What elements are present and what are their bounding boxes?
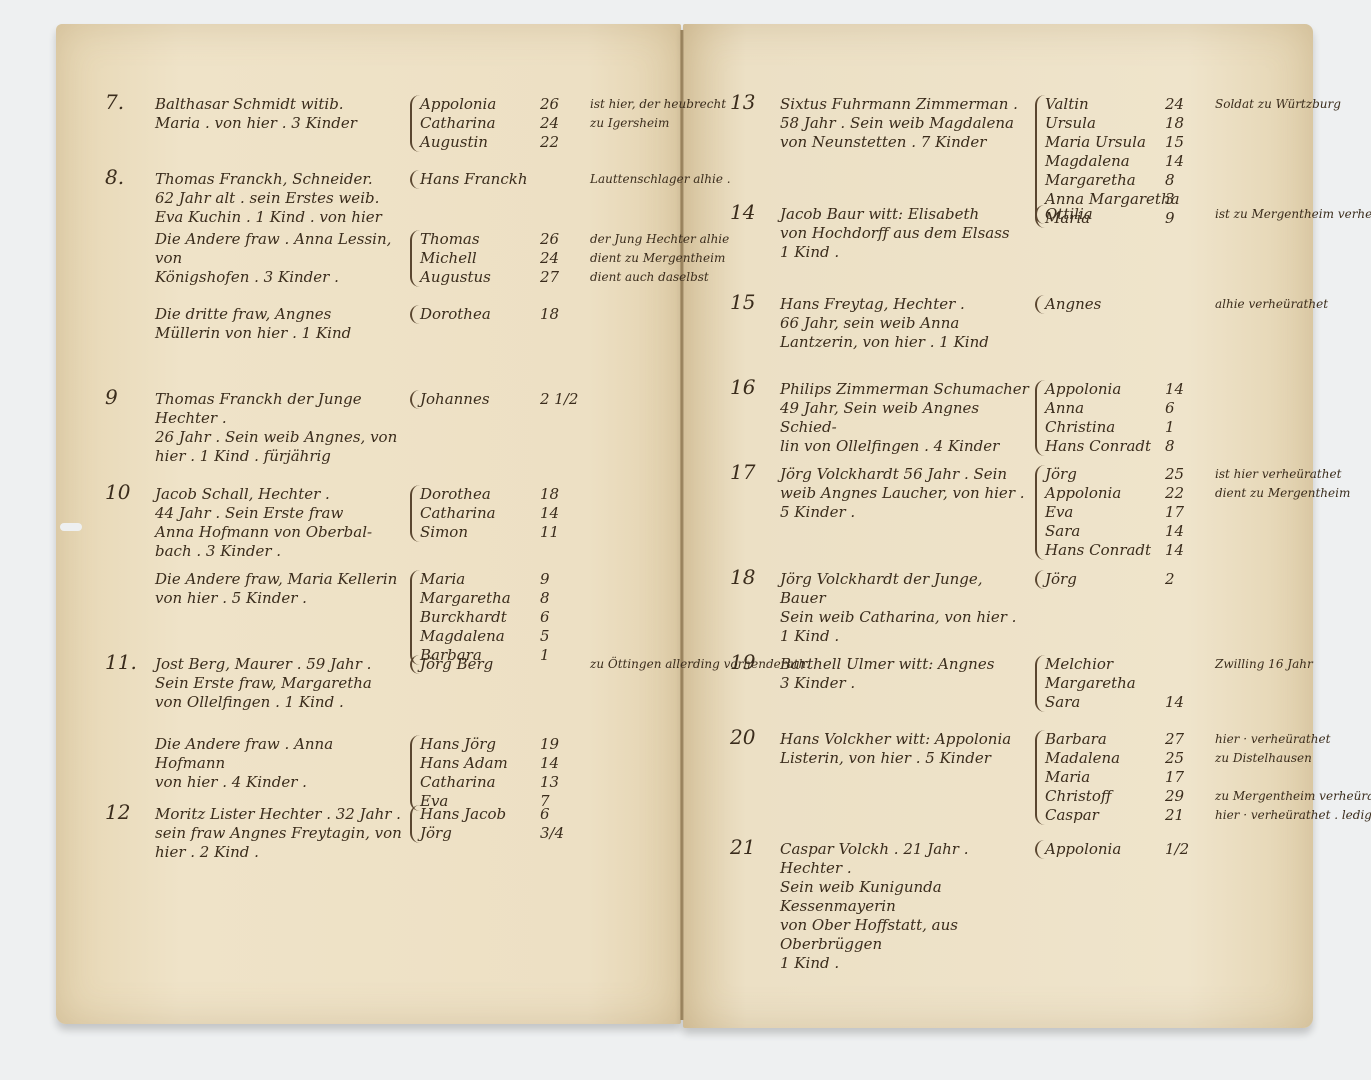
- entry-number: 17: [730, 463, 755, 482]
- children-list: Appolonia1/2: [1035, 840, 1215, 859]
- child-row: Thomas26der Jung Hechter alhie: [420, 230, 729, 249]
- child-name: Catharina: [420, 504, 530, 523]
- child-name: Hans Jörg: [420, 735, 530, 754]
- child-row: Maria Ursula15: [1045, 133, 1341, 152]
- children-list: Appolonia14Anna6Christina1Hans Conradt8: [1035, 380, 1215, 456]
- child-row: MelchiorZwilling 16 Jahr: [1045, 655, 1313, 674]
- child-age: 8: [1165, 171, 1205, 190]
- household-description: Hans Volckher witt: Appolonia Listerin, …: [780, 730, 1030, 768]
- child-note: zu Mergentheim verheürathet: [1215, 787, 1371, 806]
- child-row: Jörg25ist hier verheürathet: [1045, 465, 1350, 484]
- child-row: Hans Conradt14: [1045, 541, 1350, 560]
- child-age: 25: [1165, 749, 1205, 768]
- child-note: dient auch daselbst: [590, 268, 709, 287]
- entry-number: 12: [105, 803, 130, 822]
- child-age: 24: [1165, 95, 1205, 114]
- child-name: Eva: [1045, 503, 1155, 522]
- household-description: Moritz Lister Hechter . 32 Jahr . sein f…: [155, 805, 405, 862]
- children-list: Hans Jörg19Hans Adam14Catharina13Eva7: [410, 735, 590, 811]
- household-description: Die Andere fraw . Anna Lessin, von König…: [155, 230, 405, 287]
- child-name: Michell: [420, 249, 530, 268]
- child-row: Appolonia22dient zu Mergentheim: [1045, 484, 1350, 503]
- page-tear-notch: [60, 523, 82, 531]
- child-age: 24: [540, 249, 580, 268]
- child-name: Jörg: [1045, 570, 1155, 589]
- child-row: Augustus27dient auch daselbst: [420, 268, 729, 287]
- child-name: Jörg: [420, 824, 530, 843]
- entry-number: 7.: [105, 93, 124, 112]
- child-name: Margaretha: [1045, 674, 1155, 693]
- household-description: Thomas Franckh, Schneider. 62 Jahr alt .…: [155, 170, 405, 227]
- child-age: 26: [540, 230, 580, 249]
- child-note: hier · verheürathet: [1215, 730, 1330, 749]
- child-age: 19: [540, 735, 580, 754]
- child-note: alhie verheürathet: [1215, 295, 1328, 314]
- child-row: Jörg3/4: [420, 824, 590, 843]
- entry-number: 11.: [105, 653, 137, 672]
- child-row: Christoff29zu Mergentheim verheürathet: [1045, 787, 1371, 806]
- child-name: Thomas: [420, 230, 530, 249]
- children-list: Hans Jacob6Jörg3/4: [410, 805, 590, 843]
- child-age: 1/2: [1165, 840, 1205, 859]
- children-list: Hans FranckhLauttenschlager alhie .: [410, 170, 731, 189]
- children-list: Maria9Margaretha8Burckhardt6Magdalena5Ba…: [410, 570, 590, 665]
- child-note: der Jung Hechter alhie: [590, 230, 729, 249]
- child-name: Appolonia: [1045, 840, 1155, 859]
- children-list: Ottiliaist zu Mergentheim verheürathet.: [1035, 205, 1371, 224]
- child-age: 11: [540, 523, 580, 542]
- child-age: 6: [540, 805, 580, 824]
- child-name: Johannes: [420, 390, 530, 409]
- child-age: 24: [540, 114, 580, 133]
- child-name: Margaretha: [1045, 171, 1155, 190]
- children-list: Jörg2: [1035, 570, 1215, 589]
- children-list: Barbara27hier · verheürathetMadalena25zu…: [1035, 730, 1371, 825]
- entry-number: 18: [730, 568, 755, 587]
- child-row: Valtin24Soldat zu Würtzburg: [1045, 95, 1341, 114]
- child-row: Jörg2: [1045, 570, 1215, 589]
- child-age: 22: [540, 133, 580, 152]
- child-age: 1: [1165, 418, 1205, 437]
- child-row: Margaretha8: [420, 589, 590, 608]
- child-age: [1165, 674, 1205, 693]
- child-age: 14: [1165, 522, 1205, 541]
- child-row: Maria9: [420, 570, 590, 589]
- child-name: Christina: [1045, 418, 1155, 437]
- child-name: Simon: [420, 523, 530, 542]
- child-row: Simon11: [420, 523, 590, 542]
- child-age: 3/4: [540, 824, 580, 843]
- children-list: Dorothea18Catharina14Simon11: [410, 485, 590, 542]
- child-name: Magdalena: [420, 627, 530, 646]
- child-note: zu Igersheim: [590, 114, 669, 133]
- child-row: Hans Jörg19: [420, 735, 590, 754]
- child-row: Eva17: [1045, 503, 1350, 522]
- household-description: Jörg Volckhardt 56 Jahr . Sein weib Angn…: [780, 465, 1030, 522]
- child-row: Catharina13: [420, 773, 590, 792]
- child-name: Augustin: [420, 133, 530, 152]
- child-age: 14: [1165, 693, 1205, 712]
- children-list: MelchiorZwilling 16 JahrMargarethaSara14: [1035, 655, 1313, 712]
- child-name: Appolonia: [1045, 484, 1155, 503]
- entry-number: 21: [730, 838, 755, 857]
- child-name: Maria: [420, 570, 530, 589]
- household-description: Die Andere fraw, Maria Kellerin von hier…: [155, 570, 405, 608]
- entry-number: 8.: [105, 168, 124, 187]
- child-age: 8: [1165, 437, 1205, 456]
- entry-number: 13: [730, 93, 755, 112]
- household-description: Balthasar Schmidt witib. Maria . von hie…: [155, 95, 405, 133]
- child-age: 25: [1165, 465, 1205, 484]
- child-name: Sara: [1045, 522, 1155, 541]
- entry-number: 16: [730, 378, 755, 397]
- child-row: Dorothea18: [420, 485, 590, 504]
- child-age: 27: [540, 268, 580, 287]
- child-age: 26: [540, 95, 580, 114]
- child-name: Anna: [1045, 399, 1155, 418]
- child-age: 6: [1165, 399, 1205, 418]
- child-row: Christina1: [1045, 418, 1215, 437]
- child-name: Barbara: [1045, 730, 1155, 749]
- child-row: Hans Adam14: [420, 754, 590, 773]
- children-list: Angnesalhie verheürathet: [1035, 295, 1328, 314]
- entry-number: 19: [730, 653, 755, 672]
- child-age: 17: [1165, 768, 1205, 787]
- child-row: Appolonia1/2: [1045, 840, 1215, 859]
- child-name: Appolonia: [1045, 380, 1155, 399]
- child-name: Margaretha: [420, 589, 530, 608]
- household-description: Sixtus Fuhrmann Zimmerman . 58 Jahr . Se…: [780, 95, 1030, 152]
- child-name: Jörg: [1045, 465, 1155, 484]
- child-row: Catharina24zu Igersheim: [420, 114, 726, 133]
- child-name: Valtin: [1045, 95, 1155, 114]
- household-description: Jacob Baur witt: Elisabeth von Hochdorff…: [780, 205, 1030, 262]
- child-age: 2: [1165, 570, 1205, 589]
- household-description: Jost Berg, Maurer . 59 Jahr . Sein Erste…: [155, 655, 405, 712]
- child-row: Appolonia26ist hier, der heubrecht: [420, 95, 726, 114]
- child-row: Ursula18: [1045, 114, 1341, 133]
- child-note: zu Distelhausen: [1215, 749, 1312, 768]
- child-row: Sara14: [1045, 693, 1313, 712]
- child-age: 29: [1165, 787, 1205, 806]
- child-row: Magdalena14: [1045, 152, 1341, 171]
- child-age: 14: [1165, 152, 1205, 171]
- children-list: Jörg25ist hier verheürathetAppolonia22di…: [1035, 465, 1350, 560]
- child-name: Ottilia: [1045, 205, 1155, 224]
- child-age: [1165, 295, 1205, 314]
- child-row: Margaretha8: [1045, 171, 1341, 190]
- child-name: Dorothea: [420, 305, 530, 324]
- children-list: Thomas26der Jung Hechter alhieMichell24d…: [410, 230, 729, 287]
- child-age: 9: [540, 570, 580, 589]
- child-row: Johannes2 1/2: [420, 390, 590, 409]
- child-age: 14: [1165, 380, 1205, 399]
- child-note: ist hier verheürathet: [1215, 465, 1341, 484]
- child-name: Jörg Berg: [420, 655, 530, 674]
- child-age: 22: [1165, 484, 1205, 503]
- child-age: 5: [540, 627, 580, 646]
- child-row: Barbara27hier · verheürathet: [1045, 730, 1371, 749]
- entry-number: 14: [730, 203, 755, 222]
- child-age: 17: [1165, 503, 1205, 522]
- entry-number: 10: [105, 483, 130, 502]
- household-description: Philips Zimmerman Schumacher 49 Jahr, Se…: [780, 380, 1030, 456]
- child-row: Madalena25zu Distelhausen: [1045, 749, 1371, 768]
- child-name: Maria Ursula: [1045, 133, 1155, 152]
- child-age: 18: [540, 305, 580, 324]
- child-age: 18: [1165, 114, 1205, 133]
- household-description: Thomas Franckh der Junge Hechter . 26 Ja…: [155, 390, 405, 466]
- child-name: Hans Conradt: [1045, 541, 1155, 560]
- child-row: Sara14: [1045, 522, 1350, 541]
- child-name: Madalena: [1045, 749, 1155, 768]
- children-list: Appolonia26ist hier, der heubrechtCathar…: [410, 95, 726, 152]
- child-row: Hans Conradt8: [1045, 437, 1215, 456]
- child-row: Hans FranckhLauttenschlager alhie .: [420, 170, 731, 189]
- household-description: Die Andere fraw . Anna Hofmann von hier …: [155, 735, 405, 792]
- child-row: Angnesalhie verheürathet: [1045, 295, 1328, 314]
- children-list: Dorothea18: [410, 305, 590, 324]
- child-name: Caspar: [1045, 806, 1155, 825]
- household-description: Jacob Schall, Hechter . 44 Jahr . Sein E…: [155, 485, 405, 561]
- child-name: Augustus: [420, 268, 530, 287]
- child-row: Burckhardt6: [420, 608, 590, 627]
- child-name: Hans Franckh: [420, 170, 530, 189]
- child-name: Catharina: [420, 773, 530, 792]
- child-row: Magdalena5: [420, 627, 590, 646]
- child-note: Lauttenschlager alhie .: [590, 170, 731, 189]
- child-age: [540, 170, 580, 189]
- child-name: Hans Conradt: [1045, 437, 1155, 456]
- entry-number: 9: [105, 388, 118, 407]
- child-name: Burckhardt: [420, 608, 530, 627]
- child-age: [1165, 205, 1205, 224]
- child-name: Dorothea: [420, 485, 530, 504]
- child-note: zu Öttingen allerding vorhenderath.: [590, 655, 810, 674]
- child-age: 13: [540, 773, 580, 792]
- child-row: Augustin22: [420, 133, 726, 152]
- child-row: Catharina14: [420, 504, 590, 523]
- household-description: Hans Freytag, Hechter . 66 Jahr, sein we…: [780, 295, 1030, 352]
- child-note: Zwilling 16 Jahr: [1215, 655, 1313, 674]
- child-name: Melchior: [1045, 655, 1155, 674]
- child-row: Hans Jacob6: [420, 805, 590, 824]
- child-row: Caspar21hier · verheürathet . ledig: [1045, 806, 1371, 825]
- child-age: [1165, 655, 1205, 674]
- child-note: hier · verheürathet . ledig: [1215, 806, 1371, 825]
- child-age: 14: [1165, 541, 1205, 560]
- child-note: ist zu Mergentheim verheürathet.: [1215, 205, 1371, 224]
- child-age: 6: [540, 608, 580, 627]
- child-age: 15: [1165, 133, 1205, 152]
- child-note: dient zu Mergentheim: [1215, 484, 1350, 503]
- child-name: Maria: [1045, 768, 1155, 787]
- child-name: Angnes: [1045, 295, 1155, 314]
- household-description: Jörg Volckhardt der Junge, Bauer Sein we…: [780, 570, 1030, 646]
- child-name: Catharina: [420, 114, 530, 133]
- child-name: Sara: [1045, 693, 1155, 712]
- child-age: 8: [540, 589, 580, 608]
- child-row: Ottiliaist zu Mergentheim verheürathet.: [1045, 205, 1371, 224]
- child-row: Appolonia14: [1045, 380, 1215, 399]
- child-name: Hans Adam: [420, 754, 530, 773]
- child-note: ist hier, der heubrecht: [590, 95, 726, 114]
- child-age: 2 1/2: [540, 390, 580, 409]
- child-age: 18: [540, 485, 580, 504]
- household-description: Die dritte fraw, Angnes Müllerin von hie…: [155, 305, 405, 343]
- child-name: Magdalena: [1045, 152, 1155, 171]
- child-age: 14: [540, 754, 580, 773]
- entry-number: 15: [730, 293, 755, 312]
- child-row: Michell24dient zu Mergentheim: [420, 249, 729, 268]
- child-row: Anna6: [1045, 399, 1215, 418]
- children-list: Johannes2 1/2: [410, 390, 590, 409]
- child-age: 27: [1165, 730, 1205, 749]
- child-age: [540, 655, 580, 674]
- child-name: Appolonia: [420, 95, 530, 114]
- household-description: Caspar Volckh . 21 Jahr . Hechter . Sein…: [780, 840, 1030, 973]
- entry-number: 20: [730, 728, 755, 747]
- child-note: Soldat zu Würtzburg: [1215, 95, 1341, 114]
- child-row: Margaretha: [1045, 674, 1313, 693]
- child-name: Christoff: [1045, 787, 1155, 806]
- child-row: Maria17: [1045, 768, 1371, 787]
- child-row: Dorothea18: [420, 305, 590, 324]
- child-name: Ursula: [1045, 114, 1155, 133]
- child-age: 21: [1165, 806, 1205, 825]
- household-description: Barthell Ulmer witt: Angnes 3 Kinder .: [780, 655, 1030, 693]
- child-name: Hans Jacob: [420, 805, 530, 824]
- child-note: dient zu Mergentheim: [590, 249, 725, 268]
- child-age: 14: [540, 504, 580, 523]
